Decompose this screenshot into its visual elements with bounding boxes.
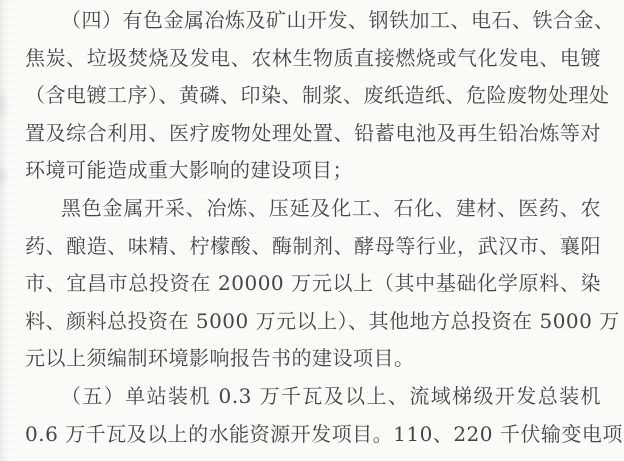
text-line: 0.6 万千瓦及以上的水能资源开发项目。110、220 千伏输变电项 <box>25 416 601 454</box>
document-text: （四）有色金属冶炼及矿山开发、钢铁加工、电石、铁合金、焦炭、垃圾焚烧及发电、农林… <box>25 2 601 453</box>
text-line: 焦炭、垃圾焚烧及发电、农林生物质直接燃烧或气化发电、电镀 <box>25 40 601 78</box>
text-line: 料、颜料总投资在 5000 万元以上）、其他地方总投资在 5000 万 <box>25 303 601 341</box>
scan-smudge <box>0 168 5 184</box>
text-line: （含电镀工序）、黄磷、印染、制浆、废纸造纸、危险废物处理处 <box>25 77 601 115</box>
text-line: 黑色金属开采、冶炼、压延及化工、石化、建材、医药、农 <box>25 190 601 228</box>
text-line: （五）单站装机 0.3 万千瓦及以上、流域梯级开发总装机 <box>25 378 601 416</box>
text-line: （四）有色金属冶炼及矿山开发、钢铁加工、电石、铁合金、 <box>25 2 601 40</box>
text-line: 环境可能造成重大影响的建设项目； <box>25 152 601 190</box>
scan-smudge <box>0 95 5 117</box>
text-line: 置及综合利用、医疗废物处理处置、铅蓄电池及再生铅冶炼等对 <box>25 115 601 153</box>
text-line: 药、酿造、味精、柠檬酸、酶制剂、酵母等行业，武汉市、襄阳 <box>25 228 601 266</box>
scanned-document-page: （四）有色金属冶炼及矿山开发、钢铁加工、电石、铁合金、焦炭、垃圾焚烧及发电、农林… <box>0 0 624 461</box>
text-line: 元以上须编制环境影响报告书的建设项目。 <box>25 340 601 378</box>
text-line: 市、宜昌市总投资在 20000 万元以上（其中基础化学原料、染 <box>25 265 601 303</box>
